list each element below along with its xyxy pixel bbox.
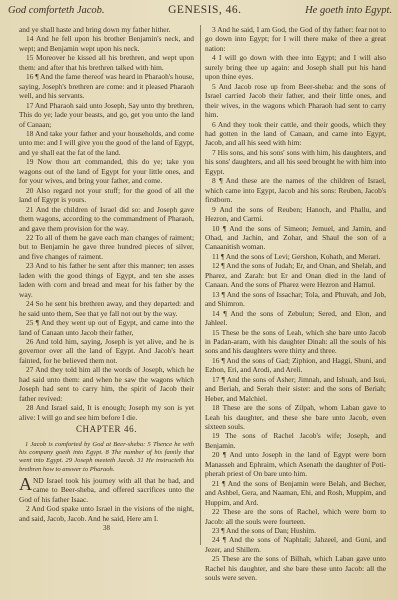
verse: 20 ¶ And unto Joseph in the land of Egyp… — [205, 450, 386, 478]
verse: 18 And take your father and your househo… — [19, 129, 194, 157]
verse: 4 I will go down with thee into Egypt; a… — [205, 53, 386, 81]
verse: 22 To all of them he gave each man chang… — [19, 233, 194, 261]
verse: 14 And he fell upon his brother Benjamin… — [19, 34, 194, 53]
verse: 23 ¶ And the sons of Dan; Hushim. — [205, 526, 386, 535]
verse: 17 And Pharaoh said unto Joseph, Say unt… — [19, 101, 194, 129]
page-number: 38 — [19, 524, 194, 533]
verse: 23 And to his father he sent after this … — [19, 261, 194, 299]
chapter-heading: CHAPTER 46. — [19, 425, 194, 434]
verse: 14 ¶ And the sons of Zebulun; Sered, and… — [205, 309, 386, 328]
verse: 13 ¶ And the sons of Issachar; Tola, and… — [205, 290, 386, 309]
chapter-summary: 1 Jacob is comforted by God at Beer-sheb… — [19, 441, 194, 474]
verse: 21 ¶ And the sons of Benjamin were Belah… — [205, 479, 386, 507]
verse-1-text: ND Israel took his journey with all that… — [19, 476, 194, 504]
verse: 5 And Jacob rose up from Beer-sheba: and… — [205, 82, 386, 120]
verse: 20 Also regard not your stuff; for the g… — [19, 186, 194, 205]
column-divider — [200, 25, 201, 545]
verse: 2 And God spake unto Israel in the visio… — [19, 504, 194, 523]
verse: 12 ¶ And the sons of Judah; Er, and Onan… — [205, 261, 386, 289]
verse: 24 ¶ And the sons of Naphtali; Jahzeel, … — [205, 535, 386, 554]
right-column: 3 And he said, I am God, the God of thy … — [205, 25, 386, 583]
verse: 28 And Israel said, It is enough; Joseph… — [19, 403, 194, 422]
header-book-chapter: GENESIS, 46. — [168, 4, 241, 16]
verse: 6 And they took their cattle, and their … — [205, 120, 386, 148]
verse: 19 Now thou art commanded, this do ye; t… — [19, 157, 194, 185]
verse: 17 ¶ And the sons of Asher; Jimnah, and … — [205, 375, 386, 403]
verse: 8 ¶ And these are the names of the child… — [205, 176, 386, 204]
verse: 22 These are the sons of Rachel, which w… — [205, 507, 386, 526]
header-right-caption: He goeth into Egypt. — [305, 5, 392, 16]
left-column: and ye shall haste and bring down my fat… — [19, 25, 194, 534]
verse: 16 ¶ And the sons of Gad; Ziphion, and H… — [205, 356, 386, 375]
verse: 15 Moreover he kissed all his brethren, … — [19, 53, 194, 72]
verse: 7 His sons, and his sons' sons with him,… — [205, 148, 386, 176]
verse: 27 And they told him all the words of Jo… — [19, 365, 194, 403]
verse: 25 ¶ And they went up out of Egypt, and … — [19, 318, 194, 337]
verse: 21 And the children of Israel did so: an… — [19, 205, 194, 233]
verse: 9 And the sons of Reuben; Hanoch, and Ph… — [205, 205, 386, 224]
verse: 3 And he said, I am God, the God of thy … — [205, 25, 386, 53]
verse: 26 And told him, saying, Joseph is yet a… — [19, 337, 194, 365]
verse: 25 These are the sons of Bilhah, which L… — [205, 554, 386, 582]
verse: 10 ¶ And the sons of Simeon; Jemuel, and… — [205, 224, 386, 252]
verse: 18 These are the sons of Zilpah, whom La… — [205, 403, 386, 431]
verse: 11 ¶ And the sons of Levi; Gershon, Koha… — [205, 252, 386, 261]
header-left-caption: God comforteth Jacob. — [8, 5, 105, 16]
drop-cap: A — [19, 477, 32, 492]
scripture-page: God comforteth Jacob. GENESIS, 46. He go… — [0, 0, 398, 600]
running-header: God comforteth Jacob. GENESIS, 46. He go… — [8, 4, 392, 22]
verse: and ye shall haste and bring down my fat… — [19, 25, 194, 34]
verse: 15 These be the sons of Leah, which she … — [205, 328, 386, 356]
verse: 24 So he sent his brethren away, and the… — [19, 299, 194, 318]
verse-1: AND Israel took his journey with all tha… — [19, 476, 194, 504]
verse: 16 ¶ And the fame thereof was heard in P… — [19, 72, 194, 100]
verse: 19 The sons of Rachel Jacob's wife; Jose… — [205, 431, 386, 450]
